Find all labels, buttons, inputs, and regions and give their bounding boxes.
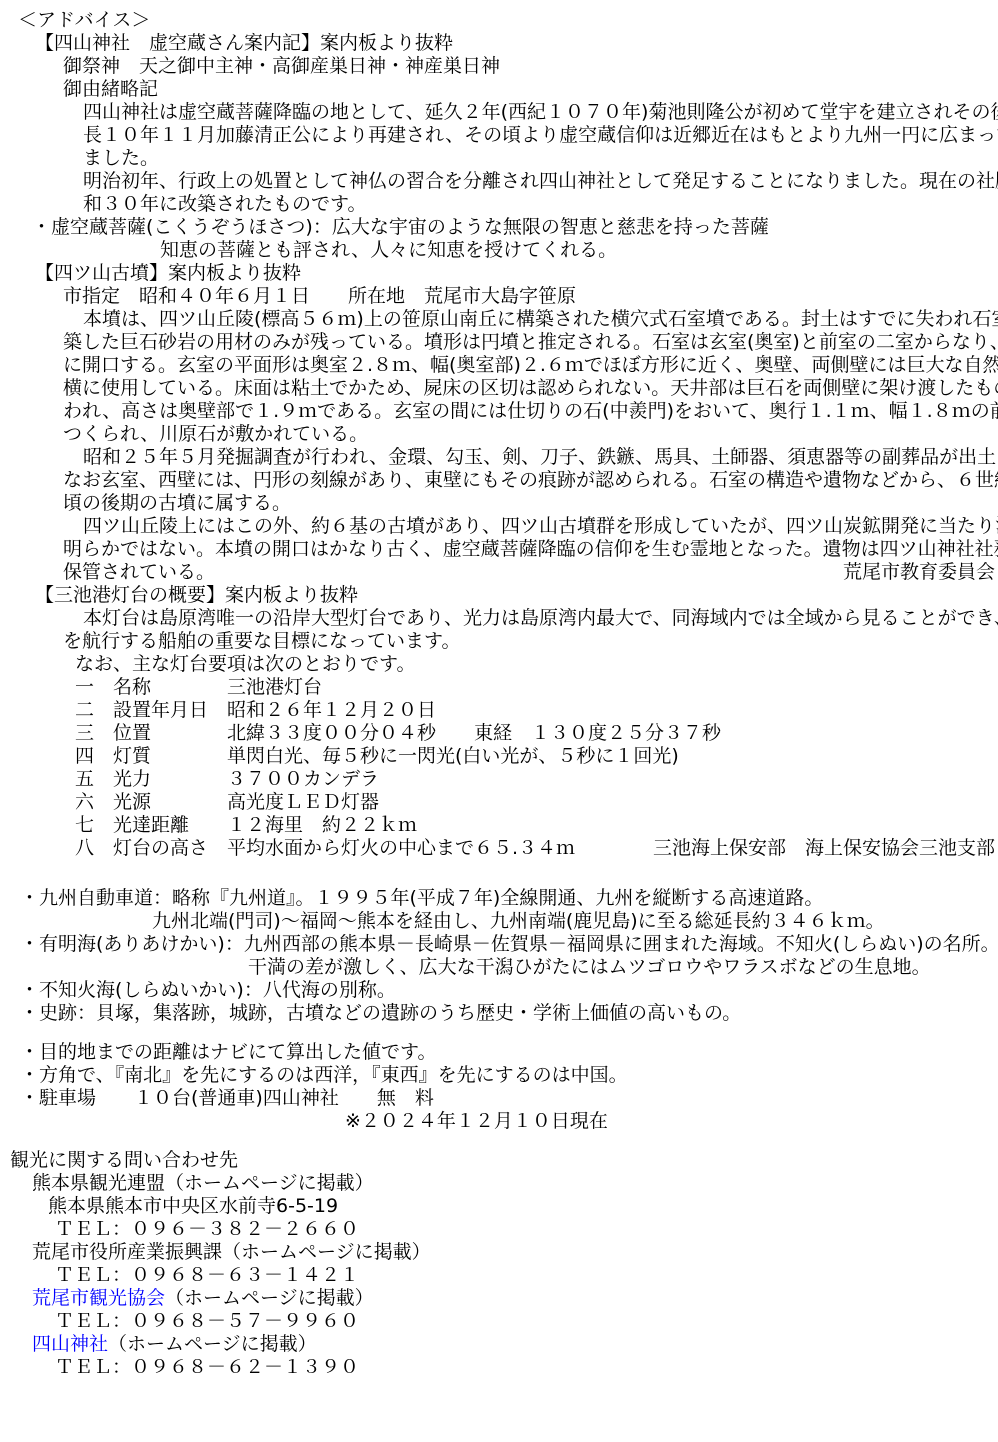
text-line: 昭和２５年５月発掘調査が行われ、金環、勾玉、剣、刀子、鉄鏃、馬具、土師器、須恵器… (0, 446, 998, 469)
text-line: なお玄室、西壁には、円形の刻線があり、東壁にもその痕跡が認められる。石室の構造や… (0, 469, 998, 492)
text-line: に開口する。玄室の平面形は奥室２.８ｍ、幅(奥室部)２.６ｍでほぼ方形に近く、奥… (0, 354, 998, 377)
lighthouse-spec-intensity: 五 光力 ３７００カンデラ (0, 768, 998, 791)
text-line: 市指定 昭和４０年６月１日 所在地 荒尾市大島字笹原 (0, 285, 998, 308)
kofun-attribution-line: 保管されている。荒尾市教育委員会 (0, 561, 998, 584)
text-line: 御由緒略記 (0, 78, 998, 101)
right-aligned-text: 三池海上保安部 海上保安協会三池支部 (653, 837, 995, 860)
text-line: 横に使用している。床面は粘土でかため、屍床の区切は認められない。天井部は巨石を両… (0, 377, 998, 400)
contact-org-arao-city-industry: 荒尾市役所産業振興課（ホームページに掲載） (0, 1241, 998, 1264)
contact-org-yotsuyama-shrine: 四山神社（ホームページに掲載） (0, 1333, 998, 1356)
lighthouse-spec-range: 七 光達距離 １２海里 約２２ｋｍ (0, 814, 998, 837)
contact-tel: ＴＥＬ：０９６８－５７－９９６０ (0, 1310, 998, 1333)
shrine-section-heading: 【四山神社 虚空蔵さん案内記】案内板より抜粋 (0, 32, 998, 55)
contact-heading: 観光に関する問い合わせ先 (0, 1149, 998, 1172)
text-line: 四ツ山丘陵上にはこの外、約６基の古墳があり、四ツ山古墳群を形成していたが、四ツ山… (0, 515, 998, 538)
lighthouse-spec-name: 一 名称 三池港灯台 (0, 676, 998, 699)
text-segment: 保管されている。 (63, 561, 215, 584)
text-line: ・有明海(ありあけかい)：九州西部の熊本県－長崎県－佐賀県－福岡県に囲まれた海域… (0, 933, 998, 956)
lighthouse-attribution-line: 八 灯台の高さ 平均水面から灯火の中心まで６５.３４ｍ三池海上保安部 海上保安協… (0, 837, 998, 860)
text-line: ・不知火海(しらぬいかい)：八代海の別称。 (0, 979, 998, 1002)
text-line: 本灯台は島原湾唯一の沿岸大型灯台であり、光力は島原湾内最大で、同海域内では全域か… (0, 607, 998, 630)
lighthouse-spec-light-character: 四 灯質 単閃白光、毎５秒に一閃光(白い光が、５秒に１回光) (0, 745, 998, 768)
parking-info: ・駐車場 １０台(普通車)四山神社 無 料 (0, 1087, 998, 1110)
contact-org-kumamoto-federation: 熊本県観光連盟（ホームページに掲載） (0, 1172, 998, 1195)
text-segment: 八 灯台の高さ 平均水面から灯火の中心まで６５.３４ｍ (75, 837, 575, 860)
document-page: ＜アドバイス＞【四山神社 虚空蔵さん案内記】案内板より抜粋御祭神 天之御中主神・… (0, 0, 998, 1379)
text-line: ました。 (0, 147, 998, 170)
text-segment: （ホームページに掲載） (165, 1287, 374, 1309)
lighthouse-section-heading: 【三池港灯台の概要】案内板より抜粋 (0, 584, 998, 607)
text-line: ・史跡：貝塚，集落跡，城跡，古墳などの遺跡のうち歴史・学術上価値の高いもの。 (0, 1002, 998, 1025)
text-line: 知恵の菩薩とも評され、人々に知恵を授けてくれる。 (0, 239, 998, 262)
text-line: 和３０年に改築されたものです。 (0, 193, 998, 216)
text-line: 御祭神 天之御中主神・高御産巣日神・神産巣日神 (0, 55, 998, 78)
contact-section: 観光に関する問い合わせ先熊本県観光連盟（ホームページに掲載）熊本県熊本市中央区水… (0, 1149, 998, 1379)
advice-section: ＜アドバイス＞【四山神社 虚空蔵さん案内記】案内板より抜粋御祭神 天之御中主神・… (0, 9, 998, 1133)
text-line: ・方角で、『南北』を先にするのは西洋，『東西』を先にするのは中国。 (0, 1064, 998, 1087)
text-line: 四山神社は虚空蔵菩薩降臨の地として、延久２年(西紀１０７０年)菊池則隆公が初めて… (0, 101, 998, 124)
right-aligned-text: 荒尾市教育委員会 (843, 561, 995, 584)
text-line: ・九州自動車道：略称『九州道』。１９９５年(平成７年)全線開通、九州を縦断する高… (0, 887, 998, 910)
text-line: 九州北端(門司)～福岡～熊本を経由し、九州南端(鹿児島)に至る総延長約３４６ｋｍ… (0, 910, 998, 933)
contact-org-arao-tourism: 荒尾市観光協会（ホームページに掲載） (0, 1287, 998, 1310)
advice-title: ＜アドバイス＞ (0, 9, 998, 32)
text-line: なお、主な灯台要項は次のとおりです。 (0, 653, 998, 676)
lighthouse-spec-position: 三 位置 北緯３３度００分０４秒 東経 １３０度２５分３７秒 (0, 722, 998, 745)
text-segment: （ホームページに掲載） (108, 1333, 317, 1355)
text-line: つくられ、川原石が敷かれている。 (0, 423, 998, 446)
kofun-section-heading: 【四ツ山古墳】案内板より抜粋 (0, 262, 998, 285)
text-line: を航行する船舶の重要な目標になっています。 (0, 630, 998, 653)
text-line: 長１０年１１月加藤清正公により再建され、その頃より虚空蔵信仰は近郷近在はもとより… (0, 124, 998, 147)
lighthouse-spec-source: 六 光源 高光度ＬＥＤ灯器 (0, 791, 998, 814)
link-arao-tourism-association[interactable]: 荒尾市観光協会 (32, 1287, 165, 1309)
contact-tel: ＴＥＬ：０９６－３８２－２６６０ (0, 1218, 998, 1241)
text-line: 築した巨石砂岩の用材のみが残っている。墳形は円墳と推定される。石室は玄室(奥室)… (0, 331, 998, 354)
date-note: ※２０２４年１２月１０日現在 (0, 1110, 998, 1133)
text-line: ・目的地までの距離はナビにて算出した値です。 (0, 1041, 998, 1064)
text-line: 明らかではない。本墳の開口はかなり古く、虚空蔵菩薩降臨の信仰を生む霊地となった。… (0, 538, 998, 561)
text-line: 本墳は、四ツ山丘陵(標高５６ｍ)上の笹原山南丘に構築された横穴式石室墳である。封… (0, 308, 998, 331)
text-line: 明治初年、行政上の処置として神仏の習合を分離され四山神社として発足することになり… (0, 170, 998, 193)
text-line: ・虚空蔵菩薩(こくうぞうほさつ)：広大な宇宙のような無限の智恵と慈悲を持った菩薩 (0, 216, 998, 239)
link-yotsuyama-shrine[interactable]: 四山神社 (32, 1333, 108, 1355)
text-line: 頃の後期の古墳に属する。 (0, 492, 998, 515)
text-line: 干満の差が激しく、広大な干潟ひがたにはムツゴロウやワラスボなどの生息地。 (0, 956, 998, 979)
contact-tel: ＴＥＬ：０９６８－６２－１３９０ (0, 1356, 998, 1379)
contact-address: 熊本県熊本市中央区水前寺6-5-19 (0, 1195, 998, 1218)
text-line: われ、高さは奥壁部で１.９ｍである。玄室の間には仕切りの石(中羨門)をおいて、奥… (0, 400, 998, 423)
lighthouse-spec-date: 二 設置年月日 昭和２６年１２月２０日 (0, 699, 998, 722)
contact-tel: ＴＥＬ：０９６８－６３－１４２１ (0, 1264, 998, 1287)
